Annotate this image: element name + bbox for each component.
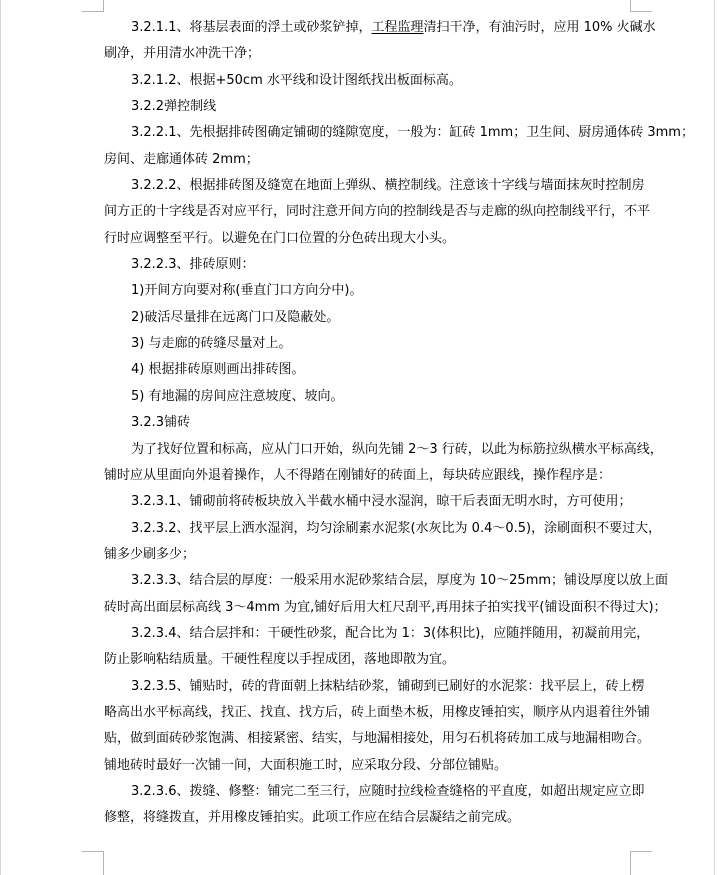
text-line: 略高出水平标高线，找正、找直、找方后，砖上面垫木板，用橡皮锤拍实，顺序从内退着往…	[104, 700, 631, 726]
text-line: 间方正的十字线是否对应平行，同时注意开间方向的控制线是否与走廊的纵向控制线平行，…	[104, 199, 631, 225]
paragraph-3-2-2-2: 3.2.2.2、根据排砖图及缝宽在地面上弹纵、横控制线。注意该十字线与墙面抹灰时…	[104, 173, 631, 252]
text-line: 3.2.3.3、结合层的厚度：一般采用水泥砂浆结合层，厚度为 10～25mm；铺…	[104, 568, 631, 594]
crop-mark-top-left-h	[82, 11, 104, 12]
crop-mark-bottom-left-h	[82, 851, 104, 852]
text-line: 3.2.3.4、结合层拌和：干硬性砂浆，配合比为 1：3(体积比)，应随拌随用，…	[104, 621, 631, 647]
text-line: 3.2.2.3、排砖原则：	[104, 252, 631, 278]
text-line: 行时应调整至平行。以避免在门口位置的分色砖出现大小头。	[104, 226, 631, 252]
text-line: 防止影响粘结质量。干硬性程度以手捏成团，落地即散为宜。	[104, 647, 631, 673]
paragraph-3-2-2-3: 3.2.2.3、排砖原则：	[104, 252, 631, 278]
crop-mark-top-left-v	[103, 0, 104, 12]
crop-mark-bottom-right-h	[630, 851, 652, 852]
page-edge-right	[714, 0, 715, 875]
paragraph-3-2-1-1: 3.2.1.1、将基层表面的浮土或砂浆铲掉，工程监理清扫干净，有油污时，应用 1…	[104, 15, 631, 68]
crop-mark-bottom-right-v	[630, 851, 631, 875]
text-line: 砖时高出面层标高线 3～4mm 为宜,铺好后用大杠尺刮平,再用抹子拍实找平(铺设…	[104, 595, 631, 621]
list-item: 5) 有地漏的房间应注意坡度、坡向。	[104, 384, 631, 410]
text-line: 刷净，并用清水冲洗干净；	[104, 41, 631, 67]
crop-mark-bottom-left-v	[103, 851, 104, 875]
text-line: 3.2.3.1、铺砌前将砖板块放入半截水桶中浸水湿润，晾干后表面无明水时，方可使…	[104, 489, 631, 515]
text-line: 贴，做到面砖砂浆饱满、相接紧密、结实，与地漏相接处，用匀石机将砖加工成与地漏相吻…	[104, 726, 631, 752]
heading-3-2-2: 3.2.2弹控制线	[104, 94, 631, 120]
document-body: 3.2.1.1、将基层表面的浮土或砂浆铲掉，工程监理清扫干净，有油污时，应用 1…	[104, 15, 631, 832]
text-line: 3.2.3.2、找平层上洒水湿润，均匀涂刷素水泥浆(水灰比为 0.4～0.5)，…	[104, 516, 631, 542]
text-segment: 清扫干净，有油污时，应用 10% 火碱水	[424, 20, 656, 35]
text-line: 3.2.3.6、拨缝、修整：铺完二至三行，应随时拉线检查缝格的平直度，如超出规定…	[104, 779, 631, 805]
paragraph-3-2-3-5: 3.2.3.5、铺贴时，砖的背面朝上抹粘结砂浆，铺砌到已刷好的水泥浆：找平层上，…	[104, 674, 631, 779]
text-line: 3.2.3.5、铺贴时，砖的背面朝上抹粘结砂浆，铺砌到已刷好的水泥浆：找平层上，…	[104, 674, 631, 700]
tile-layout-principles-list: 1)开间方向要对称(垂直门口方向分中)。 2)破活尽量排在远离门口及隐蔽处。 3…	[104, 278, 631, 410]
paragraph-3-2-3-3: 3.2.3.3、结合层的厚度：一般采用水泥砂浆结合层，厚度为 10～25mm；铺…	[104, 568, 631, 621]
paragraph-3-2-3-6: 3.2.3.6、拨缝、修整：铺完二至三行，应随时拉线检查缝格的平直度，如超出规定…	[104, 779, 631, 832]
heading-3-2-3: 3.2.3铺砖	[104, 410, 631, 436]
paragraph-3-2-2-1: 3.2.2.1、先根据排砖图确定铺砌的缝隙宽度，一般为：缸砖 1mm；卫生间、厨…	[104, 120, 631, 173]
paragraph-3-2-1-2: 3.2.1.2、根据+50cm 水平线和设计图纸找出板面标高。	[104, 68, 631, 94]
keyword-link-engineering-supervision[interactable]: 工程监理	[371, 20, 423, 35]
text-line: 铺时应从里面向外退着操作，人不得踏在刚铺好的砖面上，每块砖应跟线，操作程序是：	[104, 463, 631, 489]
section-heading: 3.2.3铺砖	[104, 410, 631, 436]
text-line: 3.2.1.2、根据+50cm 水平线和设计图纸找出板面标高。	[104, 68, 631, 94]
text-line: 3.2.1.1、将基层表面的浮土或砂浆铲掉，工程监理清扫干净，有油污时，应用 1…	[104, 15, 631, 41]
text-line: 铺地砖时最好一次铺一间，大面积施工时，应采取分段、分部位铺贴。	[104, 753, 631, 779]
crop-mark-top-right-v	[630, 0, 631, 12]
text-segment: 3.2.1.1、将基层表面的浮土或砂浆铲掉，	[131, 20, 371, 35]
list-item: 1)开间方向要对称(垂直门口方向分中)。	[104, 278, 631, 304]
crop-mark-top-right-h	[630, 11, 652, 12]
paragraph-3-2-3-4: 3.2.3.4、结合层拌和：干硬性砂浆，配合比为 1：3(体积比)，应随拌随用，…	[104, 621, 631, 674]
list-item: 2)破活尽量排在远离门口及隐蔽处。	[104, 305, 631, 331]
text-line: 修整，将缝拨直，并用橡皮锤拍实。此项工作应在结合层凝结之前完成。	[104, 805, 631, 831]
section-heading: 3.2.2弹控制线	[104, 94, 631, 120]
text-line: 房间、走廊通体砖 2mm；	[104, 147, 631, 173]
page-edge-left	[0, 0, 1, 875]
list-item: 4) 根据排砖原则画出排砖图。	[104, 357, 631, 383]
paragraph-intro: 为了找好位置和标高，应从门口开始，纵向先铺 2～3 行砖，以此为标筋拉纵横水平标…	[104, 437, 631, 490]
paragraph-3-2-3-1: 3.2.3.1、铺砌前将砖板块放入半截水桶中浸水湿润，晾干后表面无明水时，方可使…	[104, 489, 631, 515]
paragraph-3-2-3-2: 3.2.3.2、找平层上洒水湿润，均匀涂刷素水泥浆(水灰比为 0.4～0.5)，…	[104, 516, 631, 569]
text-line: 3.2.2.2、根据排砖图及缝宽在地面上弹纵、横控制线。注意该十字线与墙面抹灰时…	[104, 173, 631, 199]
text-line: 为了找好位置和标高，应从门口开始，纵向先铺 2～3 行砖，以此为标筋拉纵横水平标…	[104, 437, 631, 463]
list-item: 3) 与走廊的砖缝尽量对上。	[104, 331, 631, 357]
text-line: 铺多少刷多少；	[104, 542, 631, 568]
text-line: 3.2.2.1、先根据排砖图确定铺砌的缝隙宽度，一般为：缸砖 1mm；卫生间、厨…	[104, 120, 631, 146]
